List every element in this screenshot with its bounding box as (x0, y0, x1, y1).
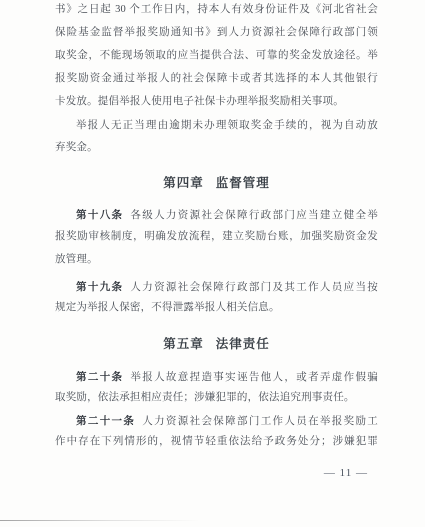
article-text: 举报人故意捏造事实诬告他人，或者弄虚作假骗 (130, 372, 378, 383)
body-line: 卡发放。提倡举报人使用电子社保卡办理举报奖励相关事项。 (55, 94, 378, 110)
article-line: 第二十条举报人故意捏造事实诬告他人，或者弄虚作假骗 (55, 369, 378, 385)
chapter-heading-5: 第五章法律责任 (55, 335, 378, 353)
page-scan-edge (0, 520, 200, 521)
body-line: 报奖励资金通过举报人的社会保障卡或者其选择的本人其他银行 (55, 71, 378, 87)
body-line: 书》之日起 30 个工作日内，持本人有效身份证件及《河北省社会 (55, 2, 378, 18)
body-line: 报奖励审核制度，明确发放流程，建立奖励台账，加强奖励资金发 (55, 229, 378, 245)
chapter-title: 法律责任 (216, 337, 270, 351)
article-line: 第十八条各级人力资源社会保障行政部门应当建立健全举 (55, 207, 378, 223)
body-line: 取奖金，不能现场领取的应当提供合法、可靠的奖金发放途径。举 (55, 48, 378, 64)
article-line: 第二十一条人力资源社会保障部门工作人员在举报奖励工 (55, 413, 378, 429)
document-page: 书》之日起 30 个工作日内，持本人有效身份证件及《河北省社会 保险基金监督举报… (0, 0, 425, 527)
chapter-title: 监督管理 (216, 176, 270, 190)
body-line: 举报人无正当理由逾期未办理领取奖金手续的，视为自动放 (55, 118, 378, 134)
page-number: — 11 — (324, 466, 368, 480)
article-number: 第二十一条 (76, 415, 135, 427)
body-line: 规定为举报人保密，不得泄露举报人相关信息。 (55, 300, 378, 316)
article-text: 人力资源社会保障行政部门及其工作人员应当按 (130, 282, 378, 293)
body-line: 取奖励，依法承担相应责任；涉嫌犯罪的，依法追究刑事责任。 (55, 390, 378, 406)
article-text: 人力资源社会保障部门工作人员在举报奖励工 (142, 416, 378, 427)
body-line: 放管理。 (55, 252, 378, 268)
article-line: 第十九条人力资源社会保障行政部门及其工作人员应当按 (55, 279, 378, 295)
article-text: 各级人力资源社会保障行政部门应当建立健全举 (130, 210, 378, 221)
article-number: 第十九条 (76, 281, 123, 293)
body-line: 作中存在下列情形的，视情节轻重依法给予政务处分；涉嫌犯罪 (55, 434, 378, 450)
chapter-heading-4: 第四章监督管理 (55, 174, 378, 192)
article-number: 第二十条 (76, 371, 123, 383)
article-number: 第十八条 (76, 209, 123, 221)
body-line: 保险基金监督举报奖励通知书》到人力资源社会保障行政部门领 (55, 25, 378, 41)
chapter-number: 第四章 (163, 176, 204, 190)
body-line: 弃奖金。 (55, 140, 378, 156)
chapter-number: 第五章 (163, 337, 204, 351)
